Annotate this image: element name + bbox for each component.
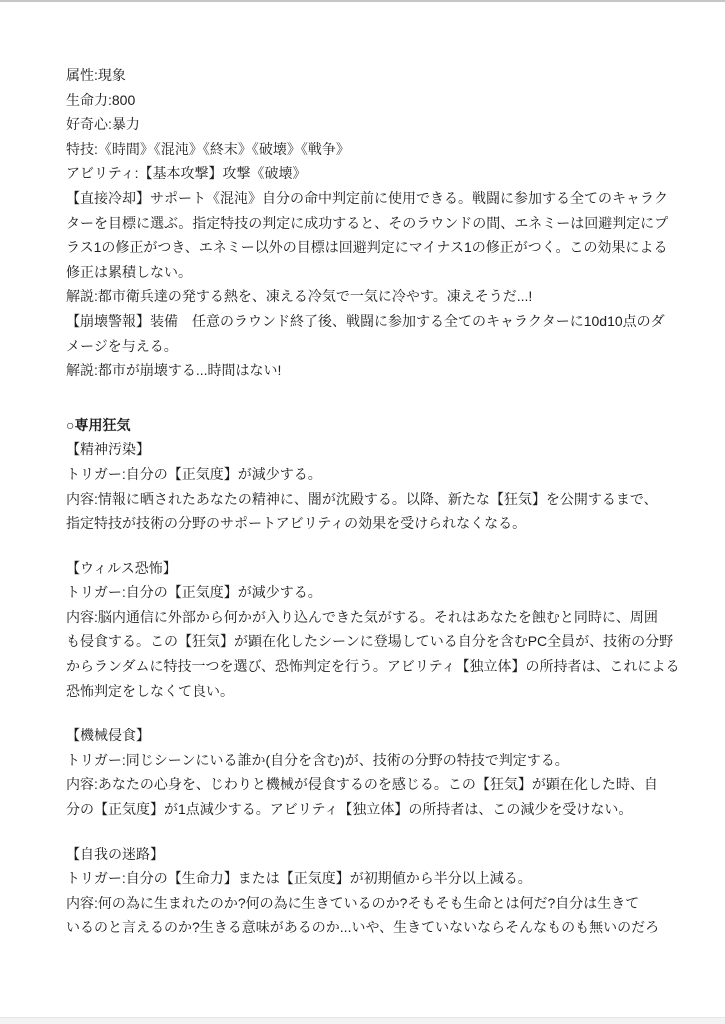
- madness-trigger: トリガー:自分の【正気度】が減少する。: [66, 580, 667, 605]
- section-heading-exclusive-madness: ○専用狂気: [66, 413, 667, 438]
- stat-curiosity: 好奇心:暴力: [66, 112, 667, 137]
- madness-title: 【機械侵食】: [66, 723, 667, 748]
- madness-title: 【ウィルス恐怖】: [66, 556, 667, 581]
- stat-ability: アビリティ:【基本攻撃】攻撃《破壊》: [66, 161, 667, 186]
- madness-entry-machine-erosion: 【機械侵食】 トリガー:同じシーンにいる誰か(自分を含む)が、技術の分野の特技で…: [66, 723, 667, 821]
- madness-content: 内容:あなたの心身を、じわりと機械が侵食するのを感じる。この【狂気】が顕在化した…: [66, 772, 667, 821]
- stat-skills: 特技:《時間》《混沌》《終末》《破壊》《戦争》: [66, 137, 667, 162]
- madness-entry-ego-labyrinth: 【自我の迷路】 トリガー:自分の【生命力】または【正気度】が初期値から半分以上減…: [66, 842, 667, 940]
- madness-title: 【自我の迷路】: [66, 842, 667, 867]
- page-content: 属性:現象 生命力:800 好奇心:暴力 特技:《時間》《混沌》《終末》《破壊》…: [0, 2, 725, 940]
- stat-life-force: 生命力:800: [66, 88, 667, 113]
- madness-content: 内容:情報に晒されたあなたの精神に、闇が沈殿する。以降、新たな【狂気】を公開する…: [66, 487, 667, 536]
- ability-collapse-alarm-flavor: 解説:都市が崩壊する...時間はない!: [66, 358, 667, 383]
- page-bottom-edge: [0, 1017, 725, 1024]
- madness-trigger: トリガー:同じシーンにいる誰か(自分を含む)が、技術の分野の特技で判定する。: [66, 748, 667, 773]
- document-page: 属性:現象 生命力:800 好奇心:暴力 特技:《時間》《混沌》《終末》《破壊》…: [0, 0, 725, 1024]
- madness-trigger: トリガー:自分の【生命力】または【正気度】が初期値から半分以上減る。: [66, 866, 667, 891]
- stat-attribute: 属性:現象: [66, 63, 667, 88]
- madness-entry-mental-contamination: 【精神汚染】 トリガー:自分の【正気度】が減少する。 内容:情報に晒されたあなた…: [66, 437, 667, 535]
- ability-collapse-alarm: 【崩壊警報】装備 任意のラウンド終了後、戦闘に参加する全てのキャラクターに10d…: [66, 309, 667, 358]
- madness-trigger: トリガー:自分の【正気度】が減少する。: [66, 462, 667, 487]
- madness-content: 内容:何の為に生まれたのか?何の為に生きているのか?そもそも生命とは何だ?自分は…: [66, 891, 667, 940]
- ability-direct-cooling: 【直接冷却】サポート《混沌》自分の命中判定前に使用できる。戦闘に参加する全てのキ…: [66, 186, 667, 284]
- ability-direct-cooling-flavor: 解説:都市衛兵達の発する熱を、凍える冷気で一気に冷やす。凍えそうだ...!: [66, 284, 667, 309]
- madness-entry-virus-fear: 【ウィルス恐怖】 トリガー:自分の【正気度】が減少する。 内容:脳内通信に外部か…: [66, 556, 667, 704]
- madness-title: 【精神汚染】: [66, 437, 667, 462]
- madness-content: 内容:脳内通信に外部から何かが入り込んできた気がする。それはあなたを蝕むと同時に…: [66, 605, 667, 703]
